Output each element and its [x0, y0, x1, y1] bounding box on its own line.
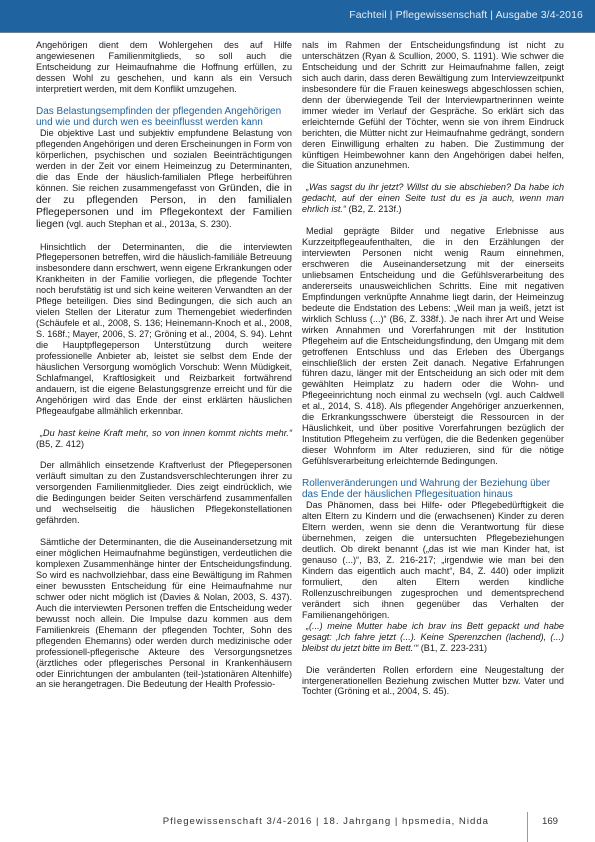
- page-footer: Pflegewissenschaft 3/4-2016 | 18. Jahrga…: [0, 812, 595, 842]
- quote-reference: (B1, Z. 223-231): [421, 643, 487, 653]
- publication-info: Pflegewissenschaft 3/4-2016 | 18. Jahrga…: [163, 816, 489, 827]
- quote-reference: (B5, Z. 412): [36, 439, 84, 449]
- running-header-bar: Fachteil | Pflegewissenschaft | Ausgabe …: [0, 0, 595, 33]
- quote-text: „Was sagst du ihr jetzt? Willst du sie a…: [302, 182, 564, 214]
- paragraph: Die veränderten Rollen erfordern eine Ne…: [302, 665, 564, 698]
- section-heading: Das Belastungsempfinden der pflegenden A…: [36, 106, 292, 128]
- paragraph: Angehörigen dient dem Wohlergehen des au…: [36, 40, 292, 95]
- interview-quote: „Was sagst du ihr jetzt? Willst du sie a…: [302, 182, 564, 215]
- running-title: Fachteil | Pflegewissenschaft | Ausgabe …: [349, 9, 583, 21]
- quote-reference: (B2, Z. 213f.): [349, 204, 402, 214]
- right-column: nals im Rahmen der Entscheidungsfindung …: [302, 40, 564, 697]
- paragraph: Der allmählich einsetzende Kraftverlust …: [36, 460, 292, 526]
- page-number: 169: [542, 816, 558, 827]
- interview-quote: „(...) meine Mutter habe ich brav ins Be…: [302, 621, 564, 654]
- paragraph: Hinsichtlich der Determinanten, die die …: [36, 242, 292, 417]
- paragraph: nals im Rahmen der Entscheidungsfindung …: [302, 40, 564, 171]
- paragraph: Medial geprägte Bilder und negative Erle…: [302, 226, 564, 467]
- interview-quote: „Du hast keine Kraft mehr, so von innen …: [36, 428, 292, 450]
- left-column: Angehörigen dient dem Wohlergehen des au…: [36, 40, 292, 690]
- paragraph: Die objektive Last und subjektiv empfund…: [36, 128, 292, 231]
- paragraph: Das Phänomen, dass bei Hilfe- oder Pfleg…: [302, 500, 564, 620]
- section-heading: Rollenveränderungen und Wahrung der Bezi…: [302, 478, 564, 500]
- citation: (vgl. auch Stephan et al., 2013a, S. 230…: [64, 219, 232, 229]
- footer-divider: [527, 812, 528, 842]
- paragraph: Sämtliche der Determinanten, die die Aus…: [36, 537, 292, 690]
- quote-text: „Du hast keine Kraft mehr, so von innen …: [40, 428, 292, 438]
